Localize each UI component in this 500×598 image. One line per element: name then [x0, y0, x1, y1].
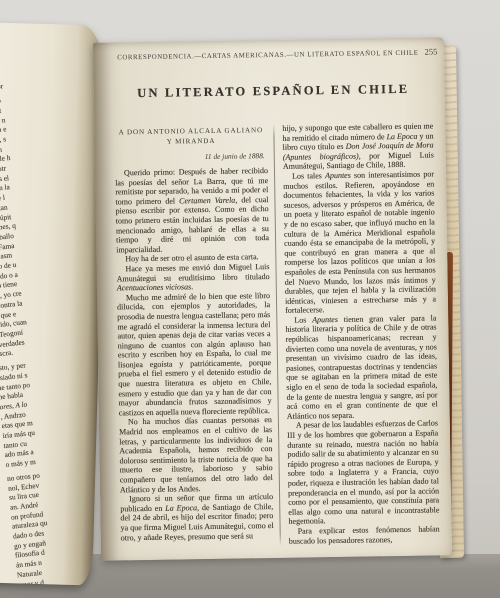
book-page: CORRESPONDENCIA.—CARTAS AMERICANAS.—UN L…	[93, 37, 452, 560]
text: A pesar de los laudables esfuerzos de Ca…	[287, 419, 439, 526]
paragraph: Los Apuntes tienen gran valer para la hi…	[285, 313, 438, 421]
paragraph: No ha muchos días cuantas personas en Ma…	[119, 415, 273, 494]
paragraph: Querido primo: Después de haber recibido…	[115, 166, 269, 255]
text: Hace ya meses me envió don Miguel Luis A…	[117, 262, 270, 283]
paragraph: Los tales Apuntes son interesantísimos p…	[283, 169, 436, 315]
text: Para explicar estos fenómenos habían bus…	[289, 524, 440, 545]
left-column: A DON ANTONIO ALCALA GALIANO Y MIRANDA 1…	[114, 124, 280, 549]
paragraph: Ignoro si un señor que firma un artículo…	[120, 492, 274, 542]
book-photo: Prometeo msta profundhacerlo ahorntinada…	[0, 0, 500, 598]
text: Los	[294, 315, 312, 324]
left-page-sliver: Prometeo msta profundhacerlo ahorntinada…	[0, 23, 108, 586]
running-header-text: CORRESPONDENCIA.—CARTAS AMERICANAS.—UN L…	[117, 50, 418, 62]
left-column-body: Querido primo: Después de haber recibido…	[115, 166, 274, 543]
paragraph: Hace ya meses me envió don Miguel Luis A…	[116, 262, 269, 293]
addressee: A DON ANTONIO ALCALA GALIANO Y MIRANDA	[114, 125, 267, 147]
date-line: 11 de junio de 1888.	[115, 151, 265, 162]
right-column-body: hijo, y supongo que este caballero es qu…	[282, 121, 440, 545]
page-number: 255	[424, 46, 437, 56]
page-title: UN LITERATO ESPAÑOL EN CHILE	[114, 81, 433, 101]
running-header: CORRESPONDENCIA.—CARTAS AMERICANAS.—UN L…	[113, 46, 432, 61]
italic-text: La Epoca	[165, 503, 197, 512]
paragraph: hijo, y supongo que este caballero es qu…	[282, 121, 434, 171]
text: Los tales	[292, 171, 325, 181]
text: son interesantísimos por muchos estilos.…	[283, 169, 436, 315]
paragraph: Mucho me admiré de lo bien que este libr…	[117, 291, 272, 418]
text: Mucho me admiré de lo bien que este libr…	[117, 291, 272, 418]
two-column-text: A DON ANTONIO ALCALA GALIANO Y MIRANDA 1…	[114, 121, 440, 548]
text: No ha muchos días cuantas personas en Ma…	[119, 415, 273, 494]
italic-text: Certamen Varela	[179, 195, 235, 205]
italic-text: La Epoca	[386, 131, 417, 140]
italic-text: Apuntes	[325, 171, 351, 180]
right-column: hijo, y supongo que este caballero es qu…	[274, 121, 440, 546]
paragraph: A pesar de los laudables esfuerzos de Ca…	[287, 419, 440, 527]
italic-text: Acentuaciones viciosas	[117, 282, 192, 292]
italic-text: Apuntes	[312, 315, 338, 324]
text: .	[191, 282, 193, 291]
paragraph: Para explicar estos fenómenos habían bus…	[289, 524, 440, 546]
left-page-text-fragments: Prometeo msta profundhacerlo ahorntinada…	[0, 49, 108, 585]
text: tienen gran valer para la historia liter…	[285, 313, 437, 420]
